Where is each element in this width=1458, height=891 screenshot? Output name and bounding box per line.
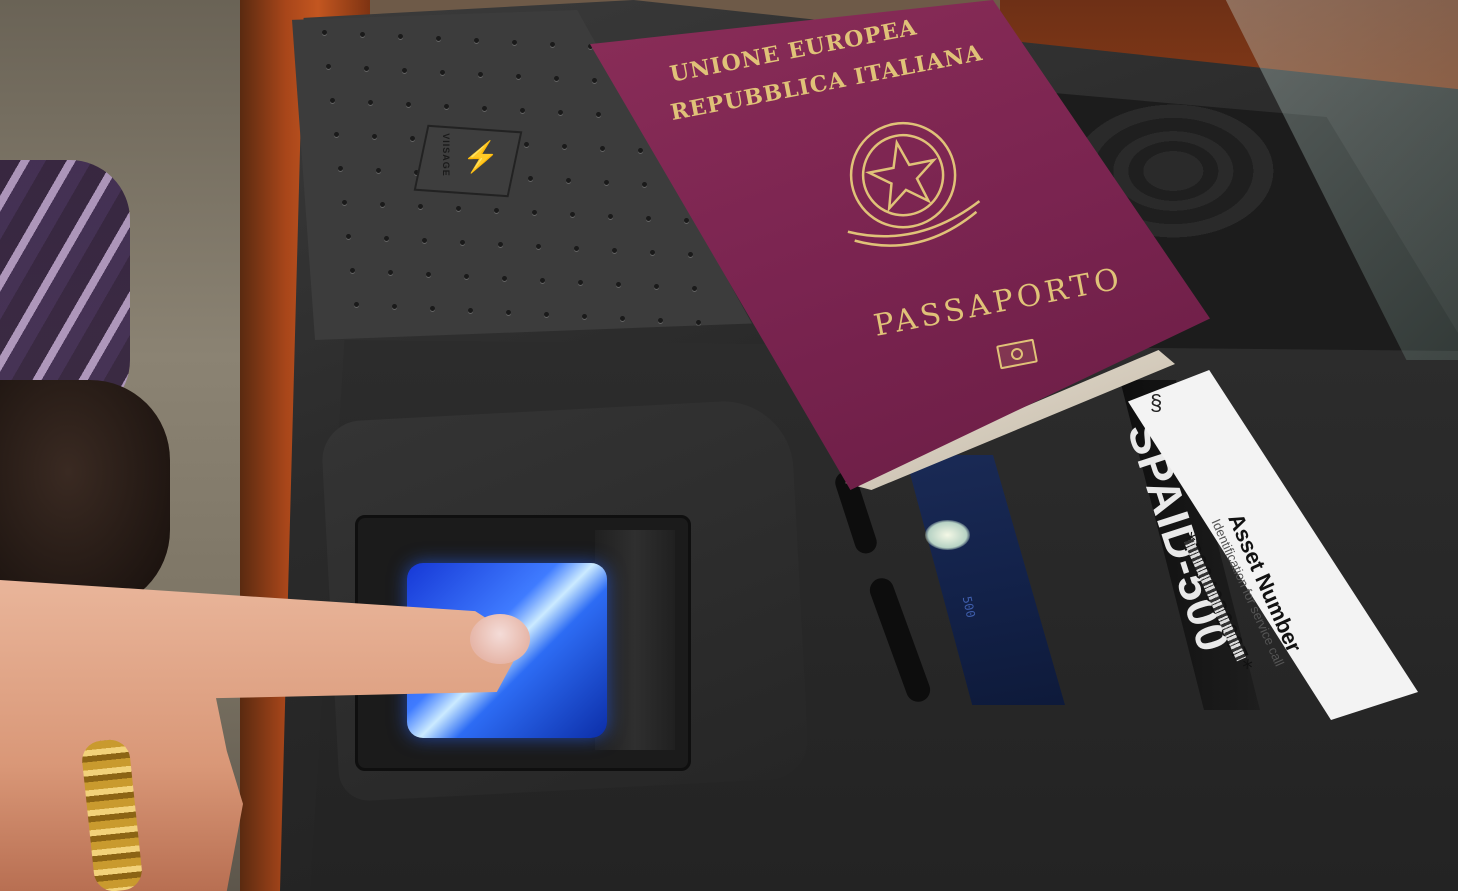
perforation-dot: [330, 98, 335, 103]
perforation-dot: [512, 40, 517, 45]
perforation-dot: [402, 68, 407, 73]
perforation-dot: [600, 146, 605, 151]
perforation-dot: [532, 210, 537, 215]
perforation-dot: [436, 36, 441, 41]
perforation-dot: [638, 148, 643, 153]
perforation-dot: [338, 166, 343, 171]
perforation-dot: [558, 110, 563, 115]
perforation-dot: [426, 272, 431, 277]
perforation-dot: [696, 320, 701, 325]
perforation-dot: [524, 142, 529, 147]
perforation-dot: [460, 240, 465, 245]
perforation-dot: [346, 234, 351, 239]
perforation-dot: [494, 208, 499, 213]
perforation-dot: [376, 168, 381, 173]
perforation-dot: [646, 216, 651, 221]
perforation-dot: [536, 244, 541, 249]
scanner-side-slot: [595, 530, 675, 750]
fingernail: [470, 614, 530, 664]
perforation-dot: [398, 34, 403, 39]
perforation-dot: [360, 32, 365, 37]
perforation-dot: [456, 206, 461, 211]
perforation-dot: [688, 252, 693, 257]
perforation-dot: [322, 30, 327, 35]
perforation-dot: [468, 308, 473, 313]
perforation-dot: [410, 136, 415, 141]
perforation-dot: [642, 182, 647, 187]
perforation-dot: [516, 74, 521, 79]
perforation-dot: [422, 238, 427, 243]
perforation-dot: [498, 242, 503, 247]
perforation-dot: [658, 318, 663, 323]
perforation-dot: [364, 66, 369, 71]
perforation-dot: [464, 274, 469, 279]
perforation-dot: [582, 314, 587, 319]
perforation-dot: [392, 304, 397, 309]
perforation-dot: [616, 282, 621, 287]
perforation-dot: [620, 316, 625, 321]
arm-shadow: [0, 380, 170, 610]
perforation-dot: [578, 280, 583, 285]
perforation-dot: [380, 202, 385, 207]
perforation-dot: [604, 180, 609, 185]
perforation-dot: [388, 270, 393, 275]
perforation-dot: [334, 132, 339, 137]
perforation-dot: [506, 310, 511, 315]
perforation-dot: [368, 100, 373, 105]
perforation-dot: [544, 312, 549, 317]
perforation-dot: [350, 268, 355, 273]
perforation-dot: [592, 78, 597, 83]
perforation-dot: [354, 302, 359, 307]
perforation-dot: [608, 214, 613, 219]
perforation-dot: [650, 250, 655, 255]
perforation-dot: [550, 42, 555, 47]
perforation-dot: [540, 278, 545, 283]
manufacturer-logo-text: VIISAGE: [441, 133, 451, 177]
perforation-dot: [482, 106, 487, 111]
manufacturer-logo-icon: ⚡: [462, 140, 499, 175]
perforation-dot: [612, 248, 617, 253]
perforation-dot: [528, 176, 533, 181]
perforation-dot: [372, 134, 377, 139]
italian-emblem-icon: [800, 100, 1010, 270]
perforation-dot: [692, 286, 697, 291]
perforation-dot: [684, 218, 689, 223]
sticker-logo-icon: §: [1150, 390, 1162, 416]
display-glare: [925, 520, 970, 550]
perforation-dot: [566, 178, 571, 183]
perforation-dot: [562, 144, 567, 149]
perforation-dot: [418, 204, 423, 209]
perforation-dot: [474, 38, 479, 43]
perforation-dot: [654, 284, 659, 289]
perforation-dot: [502, 276, 507, 281]
perforation-dot: [554, 76, 559, 81]
perforation-dot: [342, 200, 347, 205]
perforation-dot: [570, 212, 575, 217]
perforation-dot: [596, 112, 601, 117]
perforation-dot: [478, 72, 483, 77]
perforation-dot: [574, 246, 579, 251]
perforation-dot: [444, 104, 449, 109]
perforation-dot: [406, 102, 411, 107]
perforation-dot: [384, 236, 389, 241]
perforation-dot: [430, 306, 435, 311]
perforation-dot: [440, 70, 445, 75]
perforation-dot: [326, 64, 331, 69]
perforation-dot: [520, 108, 525, 113]
